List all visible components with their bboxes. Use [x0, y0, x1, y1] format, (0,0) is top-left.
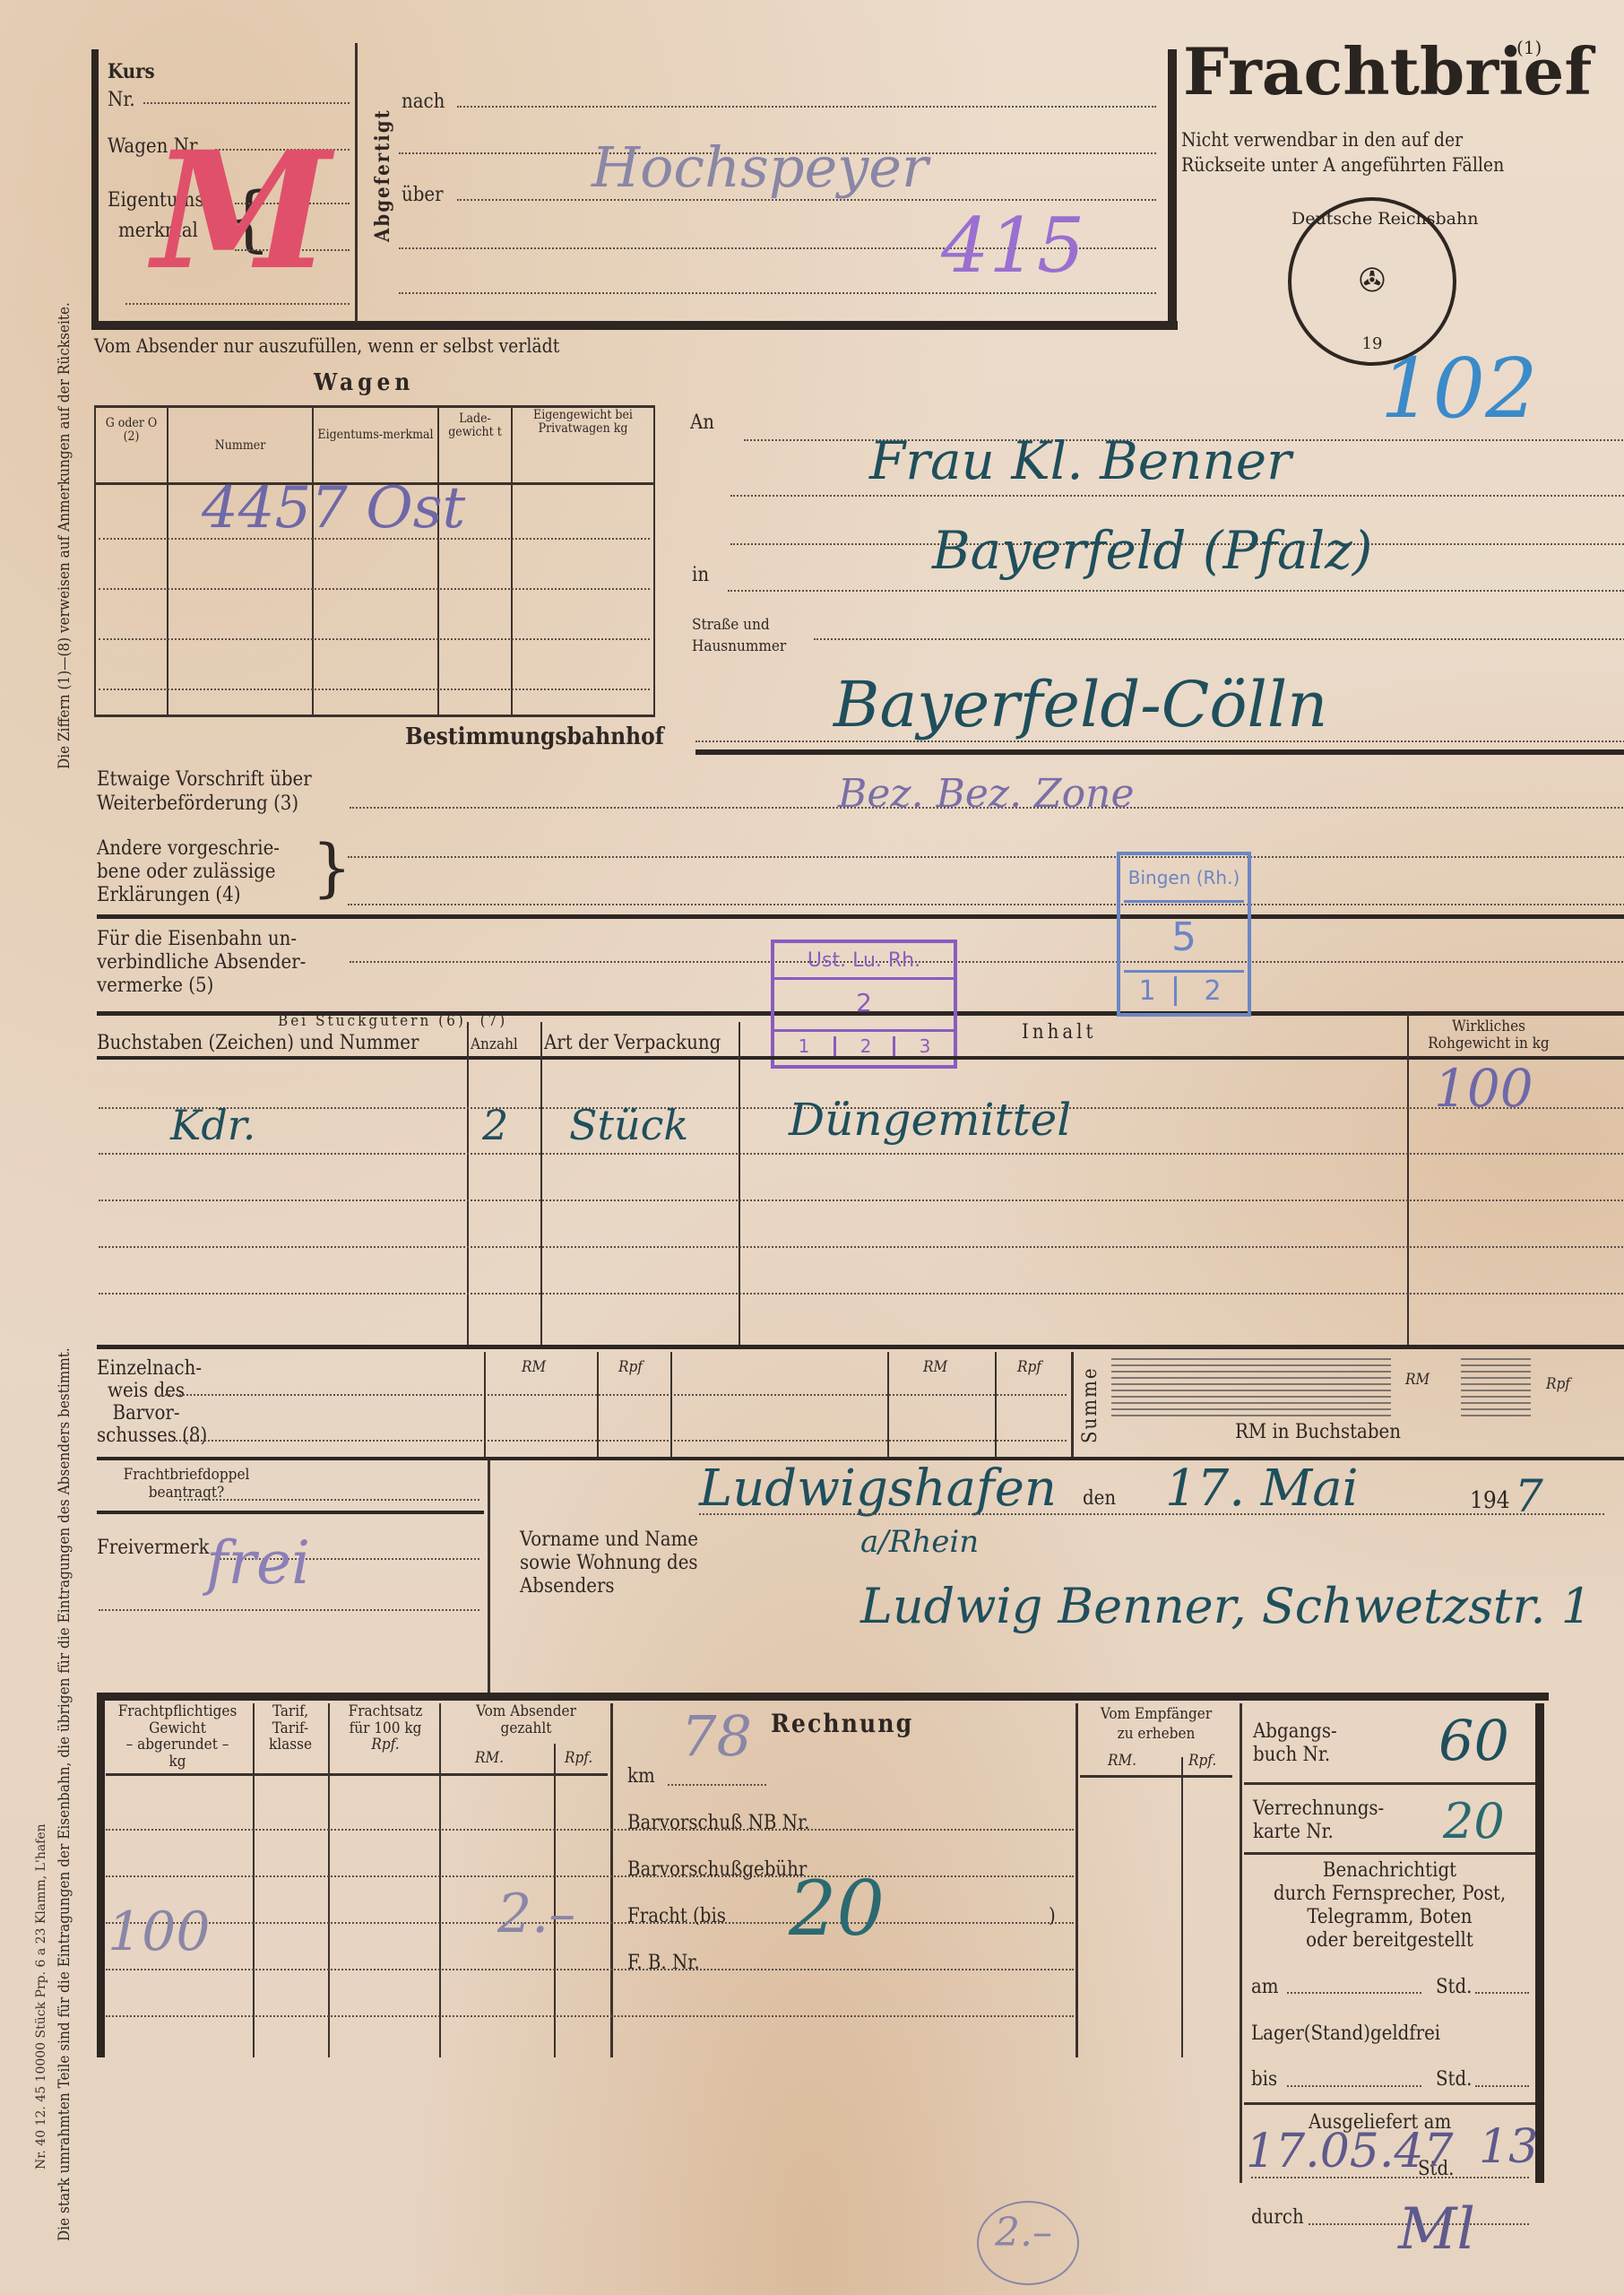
wagen-row[interactable] — [99, 588, 650, 590]
ausgeliefert-value: 17.05.47 — [1246, 2125, 1454, 2178]
freivermerk-field-2[interactable] — [99, 1609, 479, 1611]
frame-line — [1168, 49, 1177, 327]
station-underline — [695, 749, 1624, 755]
tarif-header-2: Tarif- — [253, 1720, 328, 1737]
frame-line — [97, 1699, 105, 2057]
rechnung-title: Rechnung — [771, 1710, 913, 1738]
stamp-cell: 3 — [893, 1036, 955, 1056]
handwritten-destination: Hochspeyer — [592, 134, 929, 200]
ueber-label: über — [402, 185, 444, 206]
an-field-2[interactable] — [730, 495, 1624, 497]
table-line — [94, 405, 96, 717]
table-line — [1407, 1013, 1409, 1345]
benachrichtigt-4: oder bereitgestellt — [1244, 1930, 1535, 1952]
verrechnung-label2: karte Nr. — [1253, 1822, 1334, 1843]
wagen-row[interactable] — [99, 638, 650, 640]
col-rpf: Rpf — [618, 1359, 643, 1376]
nr-label: Nr. — [108, 90, 135, 111]
tarif-header-3: klasse — [253, 1736, 328, 1754]
table-line — [887, 1352, 889, 1458]
table-line — [437, 405, 439, 717]
andere-label1: Andere vorgeschrie- — [97, 838, 280, 860]
table-line — [1075, 1703, 1078, 2057]
rate-header: Frachtsatz für 100 kg Rpf. — [332, 1703, 439, 1754]
einzel-label2: weis des — [97, 1381, 195, 1402]
table-line — [328, 1703, 330, 2057]
table-line — [484, 1352, 486, 1458]
abgangsbuch-label2: buch Nr. — [1253, 1745, 1330, 1766]
nach-field[interactable] — [457, 106, 1156, 108]
einzel-label1: Einzelnach- — [97, 1358, 195, 1380]
sender-place: Ludwigshafen — [699, 1459, 1057, 1518]
table-line — [1244, 1852, 1535, 1855]
side-note-bottom: Die stark umrahmten Teile sind für die E… — [56, 1347, 73, 2241]
einzel-field[interactable] — [161, 1394, 1067, 1396]
goods-weight: 100 — [1434, 1058, 1533, 1119]
sender-name-label1: Vorname und Name — [520, 1529, 698, 1551]
goods-header-content: Inhalt — [1022, 1022, 1096, 1044]
brace: } — [312, 834, 352, 903]
vermerk-field[interactable] — [350, 961, 1624, 963]
den-label: den — [1083, 1488, 1116, 1510]
rechnung-row[interactable] — [106, 1922, 1074, 1924]
rechnung-row[interactable] — [106, 2015, 1074, 2017]
circle-mark — [977, 2201, 1079, 2285]
table-line — [94, 714, 655, 717]
tarif-header: Tarif, Tarif- klasse — [253, 1703, 328, 1754]
table-line — [995, 1352, 997, 1458]
col-rm: RM — [522, 1359, 546, 1376]
nr-field[interactable] — [143, 102, 350, 104]
andere-field[interactable] — [348, 856, 1624, 858]
ueber-field-3[interactable] — [399, 292, 1156, 294]
wagen-intro: Vom Absender nur auszufüllen, wenn er se… — [94, 336, 559, 357]
section-line — [97, 1345, 1624, 1349]
paid-header: Vom Absender gezahlt — [441, 1703, 611, 1736]
handwritten-owner-mark: M — [152, 117, 331, 306]
benachrichtigt-1: Benachrichtigt — [1244, 1860, 1535, 1882]
weiter-label2: Weiterbeförderung (3) — [97, 793, 298, 815]
stamp-violet-top: Ust. Lu. Rh. — [774, 950, 954, 972]
stamp-cell: 2 — [834, 1036, 895, 1056]
frame-line — [91, 49, 99, 327]
stamp-cell: 1 — [774, 1036, 834, 1056]
kurs-label: Kurs — [108, 61, 155, 82]
goods-header-packaging: Art der Verpackung — [544, 1033, 721, 1054]
title-footnote: (1) — [1516, 38, 1542, 57]
recipient-name: Frau Kl. Benner — [869, 430, 1291, 491]
wagen-header-eigentum: Eigentums-merkmal — [314, 429, 437, 442]
rechnung-km: km — [627, 1766, 655, 1788]
station-stamp-violet: Ust. Lu. Rh. 2 1 2 3 — [771, 940, 957, 1069]
recipient-city: Bayerfeld (Pfalz) — [932, 520, 1372, 581]
goods-super-header: Bei Stückgütern (6), (7) — [278, 1013, 507, 1030]
km-field[interactable] — [668, 1784, 766, 1786]
einzel-field-2[interactable] — [161, 1440, 1067, 1442]
paid-header-2: gezahlt — [441, 1720, 611, 1737]
weight-header: Frachtpflichtiges Gewicht – abgerundet –… — [106, 1703, 249, 1771]
sender-date: 17. Mai — [1165, 1459, 1359, 1518]
year-prefix: 194 — [1470, 1488, 1510, 1514]
vermerk-label2: verbindliche Absender- — [97, 952, 306, 974]
goods-row[interactable] — [99, 1293, 1624, 1295]
rechnung-barvorschuss-nr: Barvorschuß NB Nr. — [627, 1813, 809, 1834]
summe-rm-label: RM — [1405, 1372, 1430, 1389]
table-line — [1244, 2102, 1535, 2105]
am-field[interactable] — [1287, 1992, 1421, 1994]
an-label: An — [690, 412, 714, 434]
handwritten-number: 415 — [941, 202, 1084, 290]
goods-packaging: Stück — [569, 1101, 688, 1149]
verrechnung-label1: Verrechnungs- — [1253, 1798, 1384, 1820]
goods-count: 2 — [482, 1101, 508, 1149]
rechnung-fracht: Fracht (bis — [627, 1906, 726, 1927]
table-line — [106, 1773, 608, 1776]
benachrichtigt-3: Telegramm, Boten — [1244, 1907, 1535, 1928]
paid-rpf-header: Rpf. — [565, 1750, 592, 1767]
sender-name-label2: sowie Wohnung des — [520, 1553, 698, 1574]
summe-rm-field[interactable] — [1111, 1358, 1391, 1417]
stamp-blue-middle: 5 — [1120, 916, 1248, 959]
einzel-label3: Barvor- — [97, 1403, 195, 1425]
section-line — [97, 1511, 484, 1514]
seal-text: Deutsche Reichsbahn — [1291, 210, 1453, 229]
stamp-blue-top: Bingen (Rh.) — [1120, 868, 1248, 888]
table-line — [511, 405, 513, 717]
table-line — [97, 1056, 1624, 1060]
goods-header-count: Anzahl — [471, 1036, 518, 1053]
col-rm-2: RM — [923, 1359, 947, 1376]
goods-marks: Kdr. — [170, 1101, 255, 1149]
durch-value: Ml — [1398, 2196, 1475, 2263]
abgangsbuch-label1: Abgangs- — [1253, 1721, 1337, 1743]
durch-label: durch — [1251, 2207, 1304, 2229]
goods-header-weight: Wirkliches Rohgewicht in kg — [1409, 1018, 1568, 1052]
bis-std-label: Std. — [1436, 2069, 1472, 2091]
stamp-cell: 2 — [1174, 976, 1248, 1006]
table-line — [488, 1459, 490, 1693]
weiter-label1: Etwaige Vorschrift über — [97, 769, 312, 791]
summe-rpf-label: Rpf — [1546, 1376, 1570, 1393]
table-line — [1240, 1703, 1242, 2183]
station-label: Bestimmungsbahnhof — [405, 724, 664, 750]
summe-label: Summe — [1079, 1366, 1101, 1443]
table-line — [439, 1703, 441, 2057]
wagen-title: Wagen — [314, 370, 414, 396]
in-label: in — [692, 565, 709, 586]
table-line — [610, 1703, 613, 2057]
abgefertigt-label: Abgefertigt — [371, 108, 394, 242]
std-field[interactable] — [1475, 1992, 1529, 1994]
fracht-close-paren: ) — [1049, 1906, 1056, 1927]
am-label: am — [1251, 1977, 1279, 1998]
rate-header-1: Frachtsatz — [332, 1703, 439, 1720]
side-note-top: Die Ziffern (1)—(8) verweisen auf Anmerk… — [56, 302, 73, 769]
wagen-handwritten-entry: 4457 Ost — [202, 475, 465, 541]
wagen-header-ladegewicht: Lade-gewicht t — [439, 412, 511, 440]
place-suffix: a/Rhein — [860, 1524, 979, 1560]
table-line — [253, 1703, 255, 2057]
empfaenger-rm: RM. — [1108, 1753, 1136, 1770]
std-label: Std. — [1436, 1977, 1472, 1998]
frame-line — [91, 321, 1178, 330]
andere-field-2[interactable] — [348, 904, 1624, 905]
stamp-cell: 1 — [1120, 976, 1174, 1006]
wagen-header-g: G oder O (2) — [96, 417, 167, 445]
empfaenger-rpf: Rpf. — [1188, 1753, 1216, 1770]
stamp-violet-middle: 2 — [774, 990, 954, 1018]
wagen-header-eigengewicht: Eigengewicht bei Privatwagen kg — [513, 409, 653, 437]
bis-std-field[interactable] — [1475, 2085, 1529, 2087]
vermerk-label1: Für die Eisenbahn un- — [97, 929, 297, 950]
paid-value: 2.– — [497, 1883, 575, 1945]
bis-field[interactable] — [1287, 2085, 1421, 2087]
vermerk-label3: vermerke (5) — [97, 975, 213, 997]
ausgeliefert-std-value: 13 — [1479, 2120, 1538, 2174]
bis-label: bis — [1251, 2069, 1277, 2091]
table-line — [1181, 1757, 1183, 2057]
rechnung-row[interactable] — [106, 1829, 1074, 1831]
strasse-field[interactable] — [814, 638, 1624, 640]
sender-name: Ludwig Benner, Schwetzstr. 1 — [860, 1578, 1592, 1634]
weight-header-3: – abgerundet – — [106, 1736, 249, 1754]
rate-header-2: für 100 kg — [332, 1720, 439, 1737]
frame-line — [355, 43, 358, 323]
abgangsbuch-value: 60 — [1438, 1708, 1509, 1773]
benachrichtigt-2: durch Fernsprecher, Post, — [1244, 1884, 1535, 1905]
table-line — [670, 1352, 672, 1458]
empfaenger-label2: zu erheben — [1080, 1726, 1232, 1743]
goods-row[interactable] — [99, 1246, 1624, 1248]
fracht-value: 20 — [789, 1865, 885, 1953]
table-line — [739, 1022, 740, 1345]
table-line — [597, 1352, 599, 1458]
route-note: Bez. Bez. Zone — [838, 771, 1135, 817]
in-field[interactable] — [728, 590, 1624, 592]
handwritten-blue-number: 102 — [1380, 341, 1538, 437]
year-suffix: 7 — [1515, 1470, 1543, 1522]
rechnung-fb-nr: F. B. Nr. — [627, 1953, 700, 1974]
hausnummer-label: Hausnummer — [692, 638, 786, 655]
summe-rpf-field[interactable] — [1461, 1358, 1531, 1417]
wagen-header-nummer: Nummer — [168, 439, 312, 453]
table-line — [540, 1022, 542, 1345]
table-line — [1080, 1775, 1232, 1778]
goods-header-marks: Buchstaben (Zeichen) und Nummer — [97, 1033, 419, 1054]
freivermerk-value: frei — [206, 1529, 310, 1598]
rate-header-3: Rpf. — [332, 1736, 439, 1754]
table-line — [467, 1022, 469, 1345]
print-info: Nr. 40 12. 45 10000 Stück Prp. 6 a 23 Kl… — [34, 1823, 48, 2169]
goods-content: Düngemittel — [789, 1094, 1071, 1146]
rechnung-row[interactable] — [106, 1969, 1074, 1970]
km-value: 78 — [681, 1703, 752, 1769]
date-field[interactable] — [699, 1513, 1604, 1515]
winged-wheel-icon: ✇ — [1291, 264, 1453, 299]
table-line — [1071, 1352, 1074, 1458]
lager-label: Lager(Stand)geldfrei — [1251, 2023, 1440, 2045]
goods-row[interactable] — [99, 1153, 1624, 1155]
wagen-row[interactable] — [99, 688, 650, 690]
andere-label3: Erklärungen (4) — [97, 885, 240, 906]
section-line — [97, 1693, 1549, 1701]
table-line — [653, 405, 655, 717]
col-rpf-2: Rpf — [1017, 1359, 1041, 1376]
doppel-label1: Frachtbriefdoppel — [97, 1467, 276, 1484]
weight-header-2: Gewicht — [106, 1720, 249, 1737]
einzel-label4: schusses (8) — [97, 1425, 195, 1447]
nach-label: nach — [402, 91, 445, 113]
station-stamp-blue: Bingen (Rh.) 5 1 2 — [1117, 852, 1251, 1017]
subtitle-line1: Nicht verwendbar in den auf der — [1181, 130, 1463, 151]
destination-station: Bayerfeld-Cölln — [834, 668, 1327, 741]
weight-value: 100 — [108, 1901, 211, 1963]
rm-in-buchstaben: RM in Buchstaben — [1235, 1422, 1401, 1443]
subtitle-line2: Rückseite unter A angeführten Fällen — [1181, 155, 1504, 176]
goods-row[interactable] — [99, 1199, 1624, 1201]
tarif-header-1: Tarif, — [253, 1703, 328, 1720]
rechnung-barvorschussgebuehr: Barvorschußgebühr — [627, 1859, 807, 1881]
rechnung-row[interactable] — [106, 1875, 1074, 1877]
table-line — [312, 405, 314, 717]
paid-rm-header: RM. — [475, 1750, 504, 1767]
weight-header-4: kg — [106, 1754, 249, 1771]
weight-header-1: Frachtpflichtiges — [106, 1703, 249, 1720]
freivermerk-label: Freivermerk — [97, 1537, 210, 1559]
table-line — [1244, 1782, 1535, 1785]
empfaenger-label1: Vom Empfänger — [1080, 1706, 1232, 1723]
paid-header-1: Vom Absender — [441, 1703, 611, 1720]
frame-line — [1535, 1703, 1544, 2183]
sender-name-label3: Absenders — [520, 1576, 615, 1598]
strasse-label: Straße und — [692, 617, 770, 634]
andere-label2: bene oder zulässige — [97, 862, 275, 883]
verrechnung-value: 20 — [1443, 1793, 1505, 1849]
section-line — [97, 914, 1624, 919]
doppel-field[interactable] — [179, 1499, 479, 1501]
